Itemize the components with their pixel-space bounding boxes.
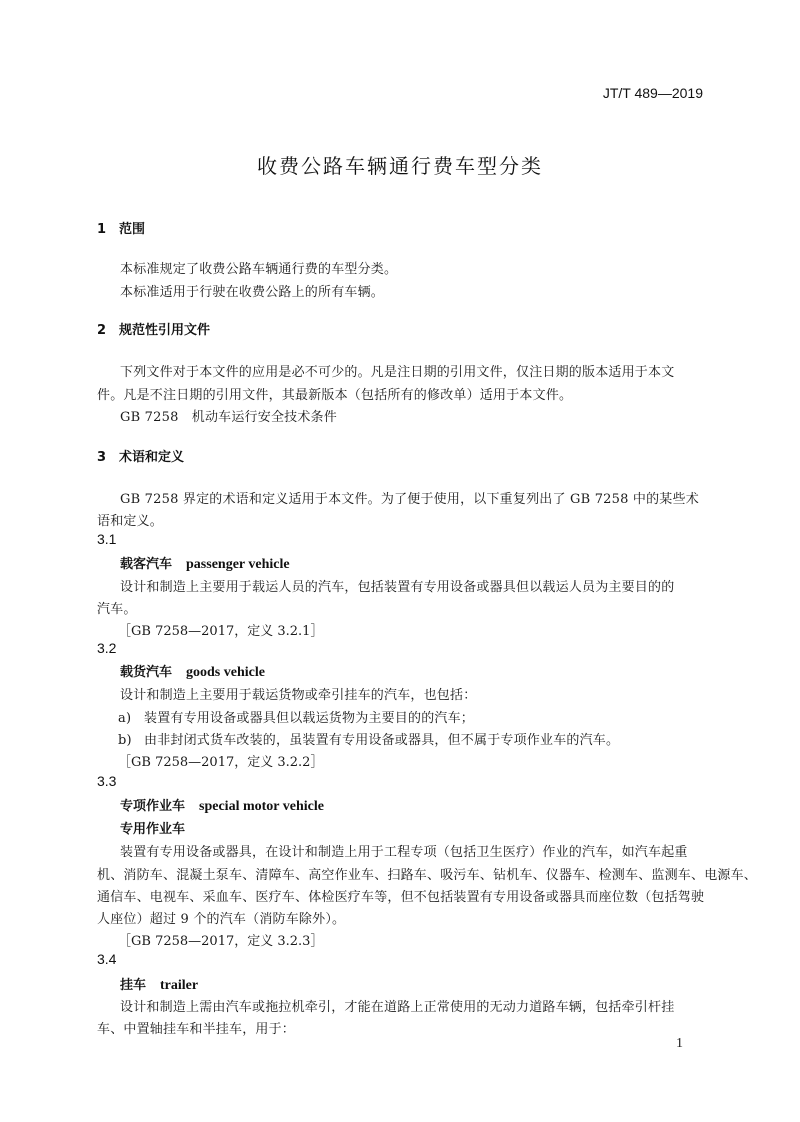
definition-source: ［GB 7258—2017，定义 3.2.1］ — [118, 620, 323, 639]
definition: 车、中置轴挂车和半挂车，用于： — [97, 1018, 295, 1037]
list-item-text: 装置有专用设备或器具但以载运货物为主要目的的汽车； — [144, 711, 474, 726]
list-item: a)装置有专用设备或器具但以载运货物为主要目的的汽车； — [118, 707, 474, 726]
definition: 人座位）超过 9 个的汽车（消防车除外）。 — [97, 908, 345, 927]
section-title: 术语和定义 — [119, 450, 184, 465]
list-item-label: a) — [118, 711, 144, 726]
paragraph: 本标准适用于行驶在收费公路上的所有车辆。 — [120, 281, 384, 300]
list-item-label: b) — [118, 733, 144, 748]
paragraph: GB 7258 界定的术语和定义适用于本文件。为了便于使用，以下重复列出了 GB… — [120, 488, 699, 507]
clause-number: 3.3 — [97, 773, 116, 789]
definition-source: ［GB 7258—2017，定义 3.2.2］ — [118, 751, 323, 770]
section-title: 规范性引用文件 — [119, 323, 210, 338]
clause-number: 3.1 — [97, 531, 116, 547]
section-title: 范围 — [119, 222, 145, 237]
paragraph: 本标准规定了收费公路车辆通行费的车型分类。 — [120, 258, 397, 277]
definition-source: ［GB 7258—2017，定义 3.2.3］ — [118, 930, 323, 949]
term-heading: 挂车trailer — [120, 974, 198, 994]
alternative-term: 专用作业车 — [120, 818, 185, 837]
definition: 设计和制造上主要用于载运人员的汽车，包括装置有专用设备或器具但以载运人员为主要目… — [120, 576, 674, 595]
definition: 设计和制造上主要用于载运货物或牵引挂车的汽车，也包括： — [120, 684, 476, 703]
term-en: passenger vehicle — [186, 557, 290, 572]
term-heading: 载客汽车passenger vehicle — [120, 553, 290, 573]
definition: 汽车。 — [97, 598, 137, 617]
definition: 设计和制造上需由汽车或拖拉机牵引，才能在道路上正常使用的无动力道路车辆，包括牵引… — [120, 996, 674, 1015]
list-item: b)由非封闭式货车改装的，虽装置有专用设备或器具，但不属于专项作业车的汽车。 — [118, 729, 619, 748]
paragraph: 件。凡是不注日期的引用文件，其最新版本（包括所有的修改单）适用于本文件。 — [97, 384, 572, 403]
clause-number: 3.2 — [97, 640, 116, 656]
paragraph: 下列文件对于本文件的应用是必不可少的。凡是注日期的引用文件，仅注日期的版本适用于… — [120, 361, 674, 380]
term-en: goods vehicle — [186, 665, 265, 680]
definition: 通信车、电视车、采血车、医疗车、体检医疗车等，但不包括装置有专用设备或器具而座位… — [97, 886, 704, 905]
section-1-heading: 1范围 — [97, 218, 145, 237]
section-number: 2 — [97, 323, 119, 338]
term-cn: 挂车 — [120, 978, 146, 993]
term-en: special motor vehicle — [199, 799, 324, 814]
normative-reference: GB 7258 机动车运行安全技术条件 — [120, 406, 337, 425]
standard-code: JT/T 489—2019 — [603, 85, 703, 101]
paragraph: 语和定义。 — [97, 510, 163, 529]
term-cn: 专项作业车 — [120, 799, 185, 814]
term-heading: 载货汽车goods vehicle — [120, 661, 265, 681]
page-number: 1 — [676, 1036, 683, 1052]
term-en: trailer — [160, 978, 198, 993]
term-heading: 专项作业车special motor vehicle — [120, 795, 324, 815]
section-number: 1 — [97, 222, 119, 237]
document-title: 收费公路车辆通行费车型分类 — [0, 150, 800, 179]
definition: 装置有专用设备或器具，在设计和制造上用于工程专项（包括卫生医疗）作业的汽车，如汽… — [120, 841, 688, 860]
section-3-heading: 3术语和定义 — [97, 446, 184, 465]
term-cn: 载客汽车 — [120, 557, 172, 572]
section-number: 3 — [97, 450, 119, 465]
clause-number: 3.4 — [97, 951, 116, 967]
list-item-text: 由非封闭式货车改装的，虽装置有专用设备或器具，但不属于专项作业车的汽车。 — [144, 733, 619, 748]
definition: 机、消防车、混凝土泵车、清障车、高空作业车、扫路车、吸污车、钻机车、仪器车、检测… — [97, 864, 757, 883]
term-cn: 载货汽车 — [120, 665, 172, 680]
section-2-heading: 2规范性引用文件 — [97, 319, 210, 338]
